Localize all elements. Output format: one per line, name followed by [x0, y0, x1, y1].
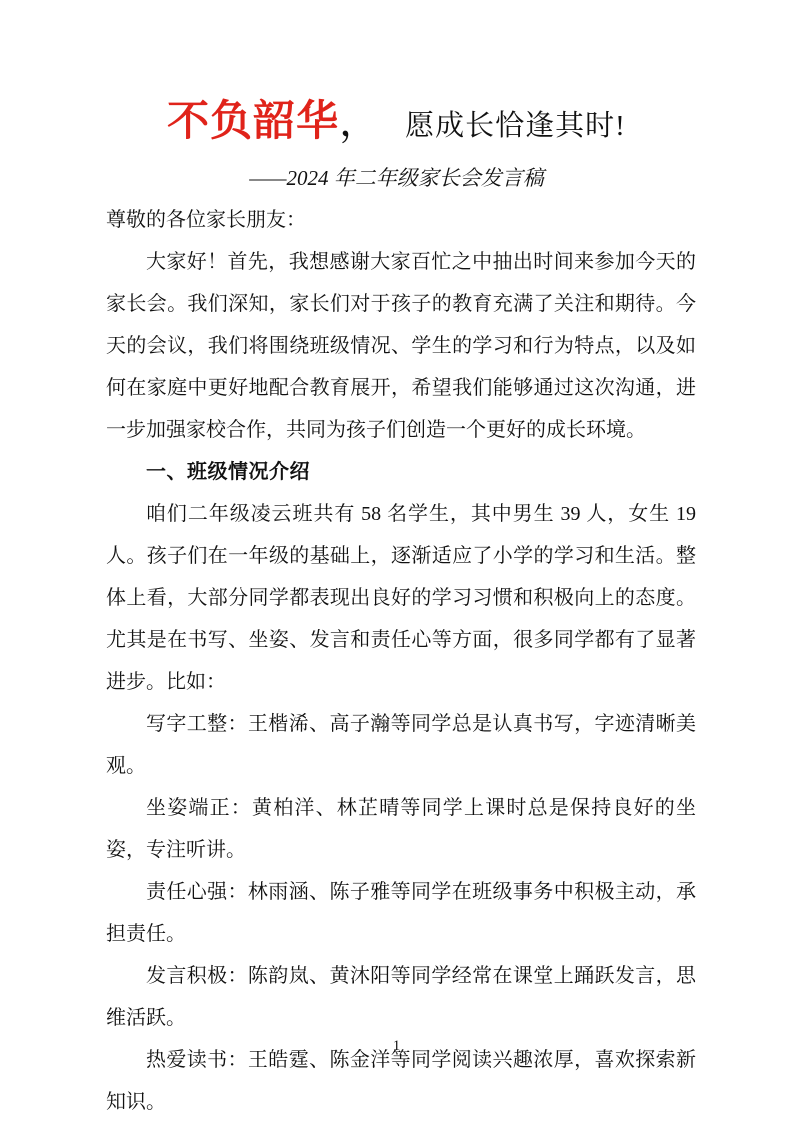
page-number: 1	[0, 1036, 793, 1056]
salutation-line: 尊敬的各位家长朋友：	[106, 199, 696, 241]
paragraph-class-overview: 咱们二年级凌云班共有 58 名学生，其中男生 39 人，女生 19 人。孩子们在…	[106, 493, 696, 703]
paragraph-active-speaking: 发言积极：陈韵岚、黄沐阳等同学经常在课堂上踊跃发言，思维活跃。	[106, 955, 696, 1039]
document-title-comma: ，	[339, 99, 379, 144]
document-body: 尊敬的各位家长朋友： 大家好！首先，我想感谢大家百忙之中抽出时间来参加今天的家长…	[0, 199, 793, 1122]
document-title: 不负韶华，愿成长恰逢其时!	[0, 0, 793, 148]
intro-paragraph: 大家好！首先，我想感谢大家百忙之中抽出时间来参加今天的家长会。我们深知，家长们对…	[106, 241, 696, 451]
document-title-black-text: 愿成长恰逢其时!	[405, 110, 626, 142]
section1-heading: 一、班级情况介绍	[106, 451, 696, 493]
paragraph-good-posture: 坐姿端正：黄柏洋、林芷晴等同学上课时总是保持良好的坐姿，专注听讲。	[106, 787, 696, 871]
document-subtitle: ——2024 年二年级家长会发言稿	[0, 164, 793, 192]
paragraph-neat-handwriting: 写字工整：王楷浠、高子瀚等同学总是认真书写，字迹清晰美观。	[106, 703, 696, 787]
document-page: 不负韶华，愿成长恰逢其时! ——2024 年二年级家长会发言稿 尊敬的各位家长朋…	[0, 0, 793, 1122]
document-title-red-text: 不负韶华	[167, 99, 339, 145]
paragraph-strong-responsibility: 责任心强：林雨涵、陈子雅等同学在班级事务中积极主动，承担责任。	[106, 871, 696, 955]
